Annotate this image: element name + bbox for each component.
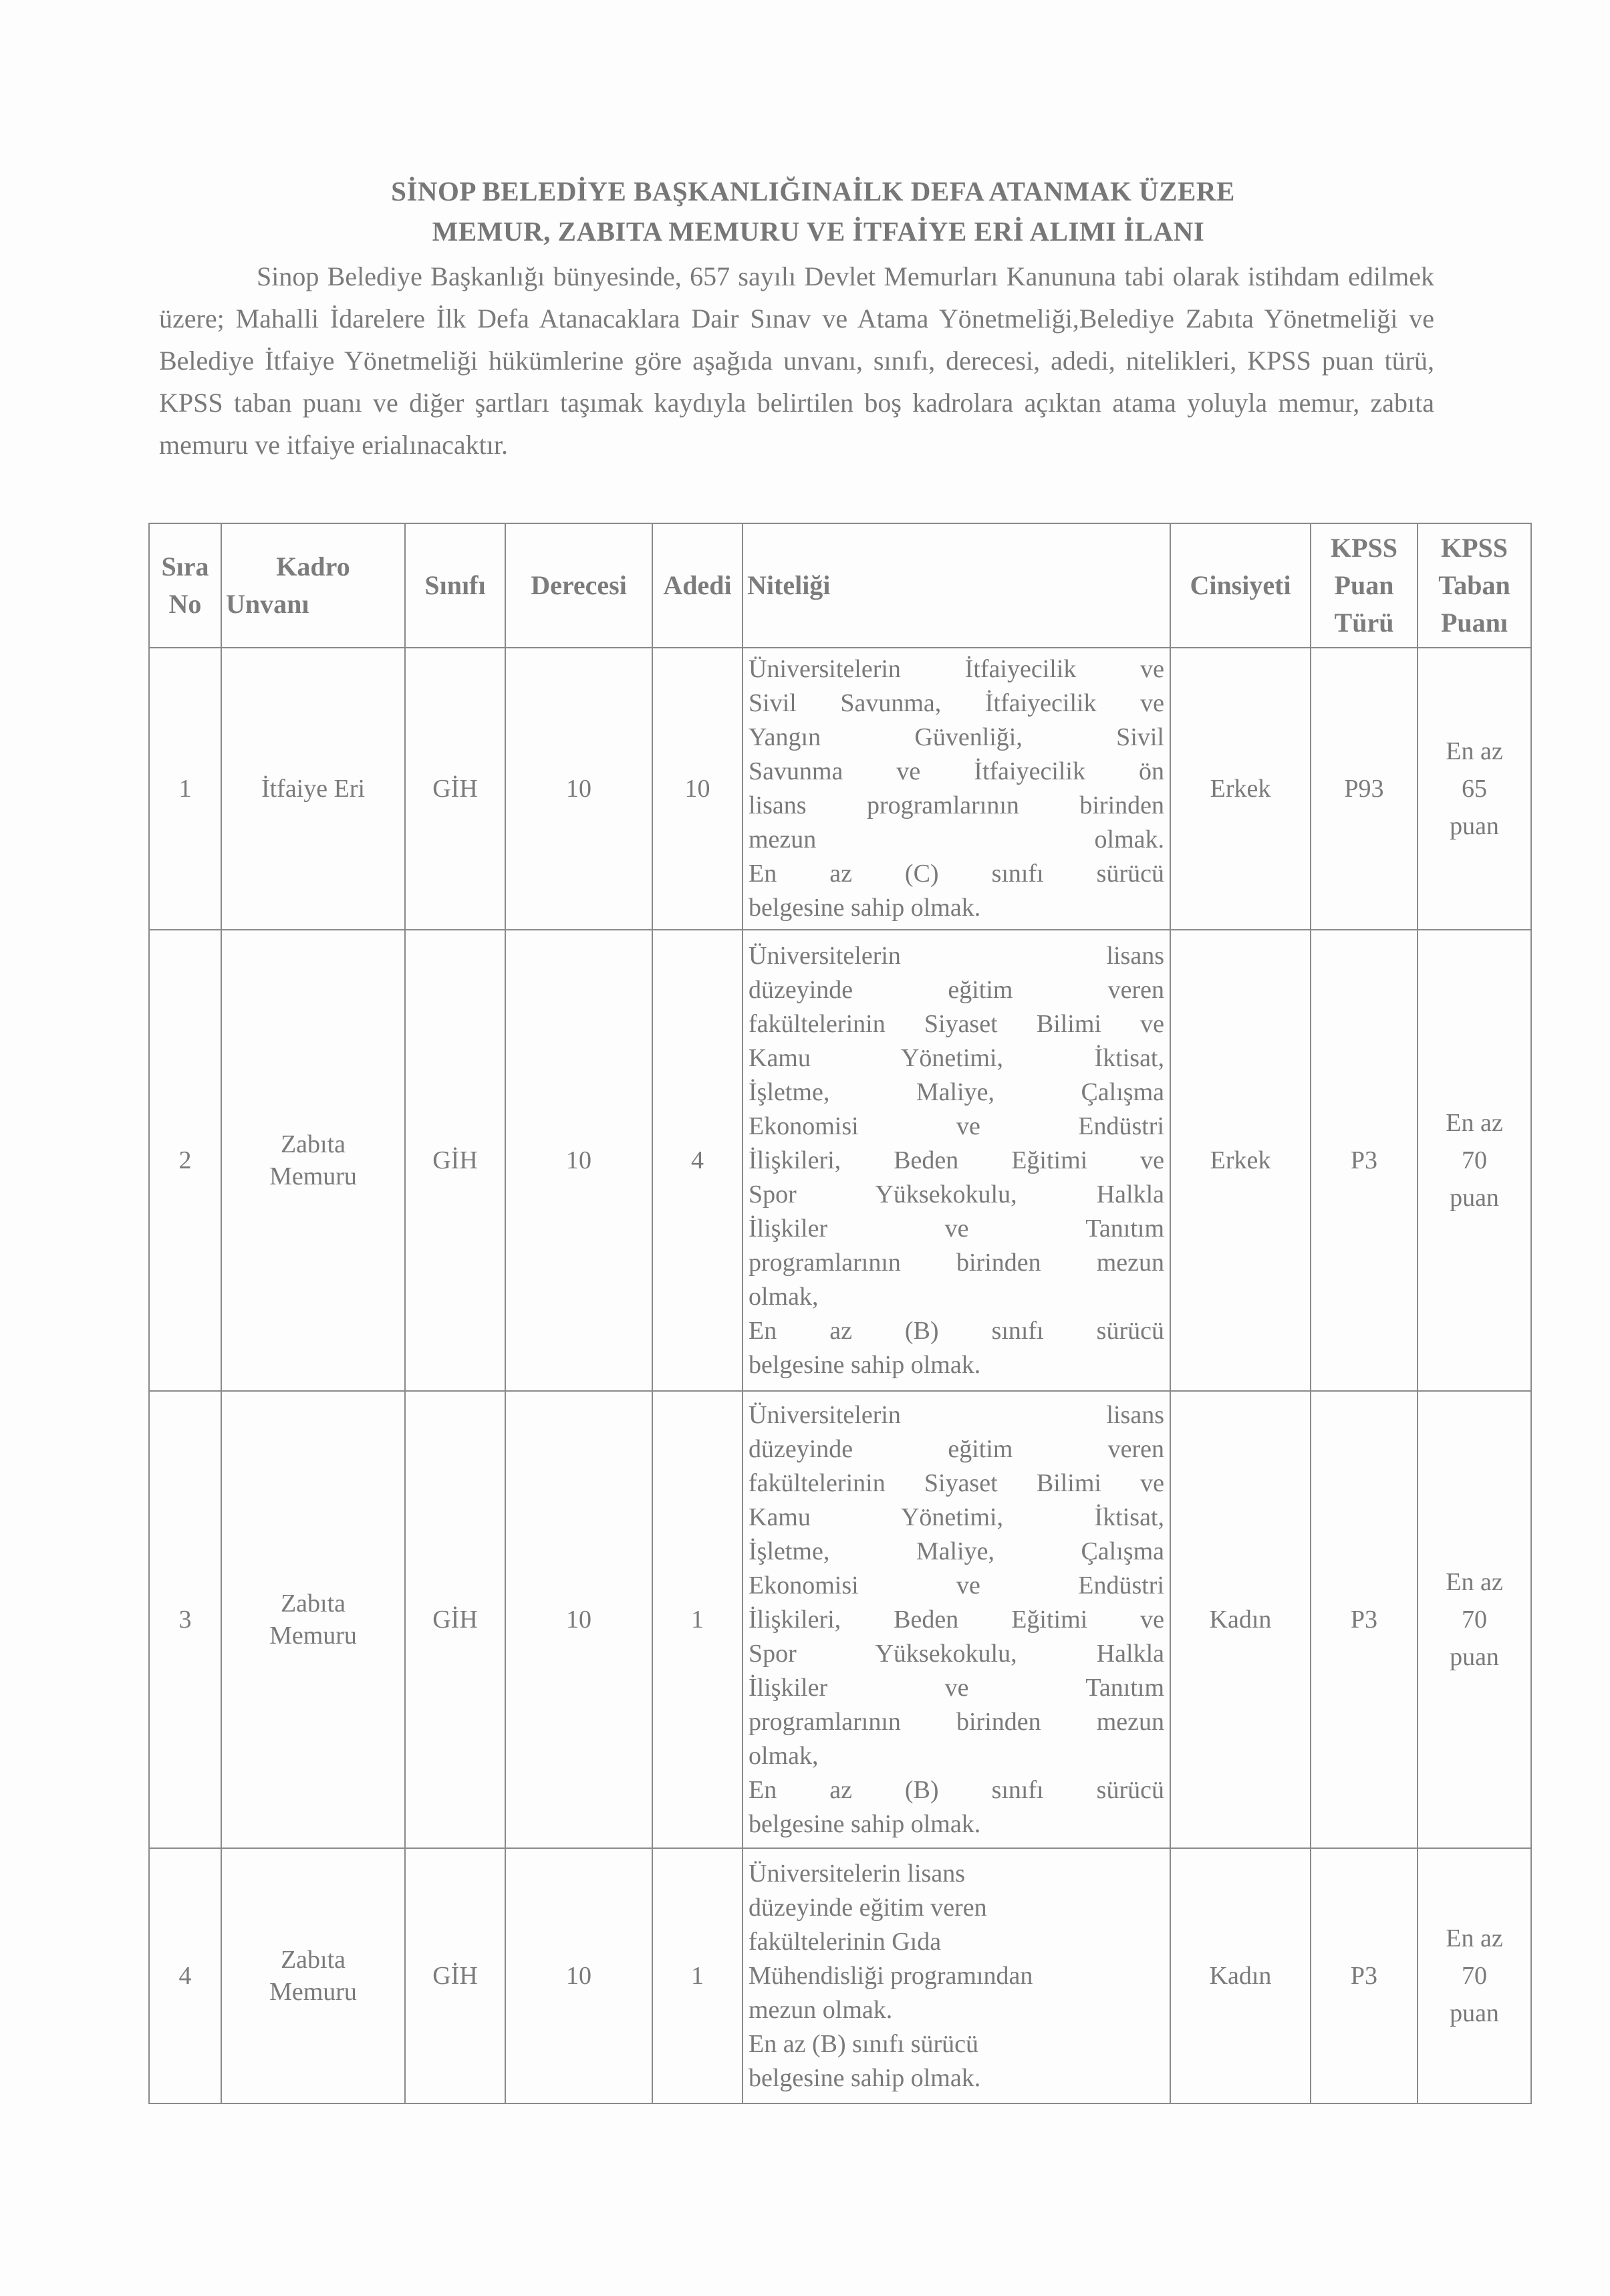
cell-kadro-unvani: İtfaiye Eri (221, 648, 405, 930)
cell-adedi: 1 (652, 1391, 743, 1848)
cell-adedi: 4 (652, 930, 743, 1391)
cell-sinifi: GİH (405, 1848, 505, 2103)
cell-sinifi: GİH (405, 1391, 505, 1848)
table-row: 3ZabıtaMemuruGİH101Üniversitelerin lisan… (149, 1391, 1531, 1848)
cell-kpss-taban-puani: En az70puan (1418, 930, 1531, 1391)
cell-adedi: 10 (652, 648, 743, 930)
cell-kpss-puan-turu: P3 (1311, 930, 1418, 1391)
cell-kadro-unvani: ZabıtaMemuru (221, 930, 405, 1391)
cell-sira-no: 4 (149, 1848, 221, 2103)
cell-cinsiyeti: Kadın (1170, 1848, 1311, 2103)
intro-paragraph: Sinop Belediye Başkanlığı bünyesinde, 65… (159, 255, 1434, 466)
cell-kadro-unvani: ZabıtaMemuru (221, 1848, 405, 2103)
header-niteligi: Niteliği (743, 523, 1170, 648)
cell-kpss-taban-puani: En az65puan (1418, 648, 1531, 930)
header-cinsiyeti: Cinsiyeti (1170, 523, 1311, 648)
title-line-2: MEMUR, ZABITA MEMURU VE İTFAİYE ERİ ALIM… (13, 215, 1610, 247)
cell-sira-no: 1 (149, 648, 221, 930)
header-sinifi: Sınıfı (405, 523, 505, 648)
cell-cinsiyeti: Kadın (1170, 1391, 1311, 1848)
cell-niteligi: Üniversitelerin lisansdüzeyinde eğitim v… (743, 1391, 1170, 1848)
cell-niteligi: Üniversitelerin lisansdüzeyinde eğitim v… (743, 1848, 1170, 2103)
cell-kadro-unvani: ZabıtaMemuru (221, 1391, 405, 1848)
header-derecesi: Derecesi (505, 523, 652, 648)
cell-derecesi: 10 (505, 930, 652, 1391)
cell-cinsiyeti: Erkek (1170, 648, 1311, 930)
cell-kpss-puan-turu: P3 (1311, 1391, 1418, 1848)
table-row: 4ZabıtaMemuruGİH101Üniversitelerin lisan… (149, 1848, 1531, 2103)
table-body: 1İtfaiye EriGİH1010Üniversitelerin İtfai… (149, 648, 1531, 2103)
header-sira-no: Sıra No (149, 523, 221, 648)
header-kadro-unvani: Kadro Unvanı (221, 523, 405, 648)
cell-kpss-taban-puani: En az70puan (1418, 1391, 1531, 1848)
cell-niteligi: Üniversitelerin lisansdüzeyinde eğitim v… (743, 930, 1170, 1391)
cell-cinsiyeti: Erkek (1170, 930, 1311, 1391)
cell-sinifi: GİH (405, 648, 505, 930)
cell-kpss-puan-turu: P93 (1311, 648, 1418, 930)
cell-kpss-puan-turu: P3 (1311, 1848, 1418, 2103)
header-kpss-puan-turu: KPSS Puan Türü (1311, 523, 1418, 648)
cell-niteligi: Üniversitelerin İtfaiyecilik veSivil Sav… (743, 648, 1170, 930)
header-adedi: Adedi (652, 523, 743, 648)
table-row: 2ZabıtaMemuruGİH104Üniversitelerin lisan… (149, 930, 1531, 1391)
cell-sinifi: GİH (405, 930, 505, 1391)
cell-sira-no: 2 (149, 930, 221, 1391)
positions-table: Sıra No Kadro Unvanı Sınıfı Derecesi Ade… (148, 523, 1532, 2104)
title-line-1: SİNOP BELEDİYE BAŞKANLIĞINAİLK DEFA ATAN… (8, 175, 1610, 207)
table-header-row: Sıra No Kadro Unvanı Sınıfı Derecesi Ade… (149, 523, 1531, 648)
cell-sira-no: 3 (149, 1391, 221, 1848)
header-kpss-taban-puani: KPSS Taban Puanı (1418, 523, 1531, 648)
cell-derecesi: 10 (505, 1848, 652, 2103)
cell-derecesi: 10 (505, 1391, 652, 1848)
cell-adedi: 1 (652, 1848, 743, 2103)
table-row: 1İtfaiye EriGİH1010Üniversitelerin İtfai… (149, 648, 1531, 930)
cell-derecesi: 10 (505, 648, 652, 930)
cell-kpss-taban-puani: En az70puan (1418, 1848, 1531, 2103)
